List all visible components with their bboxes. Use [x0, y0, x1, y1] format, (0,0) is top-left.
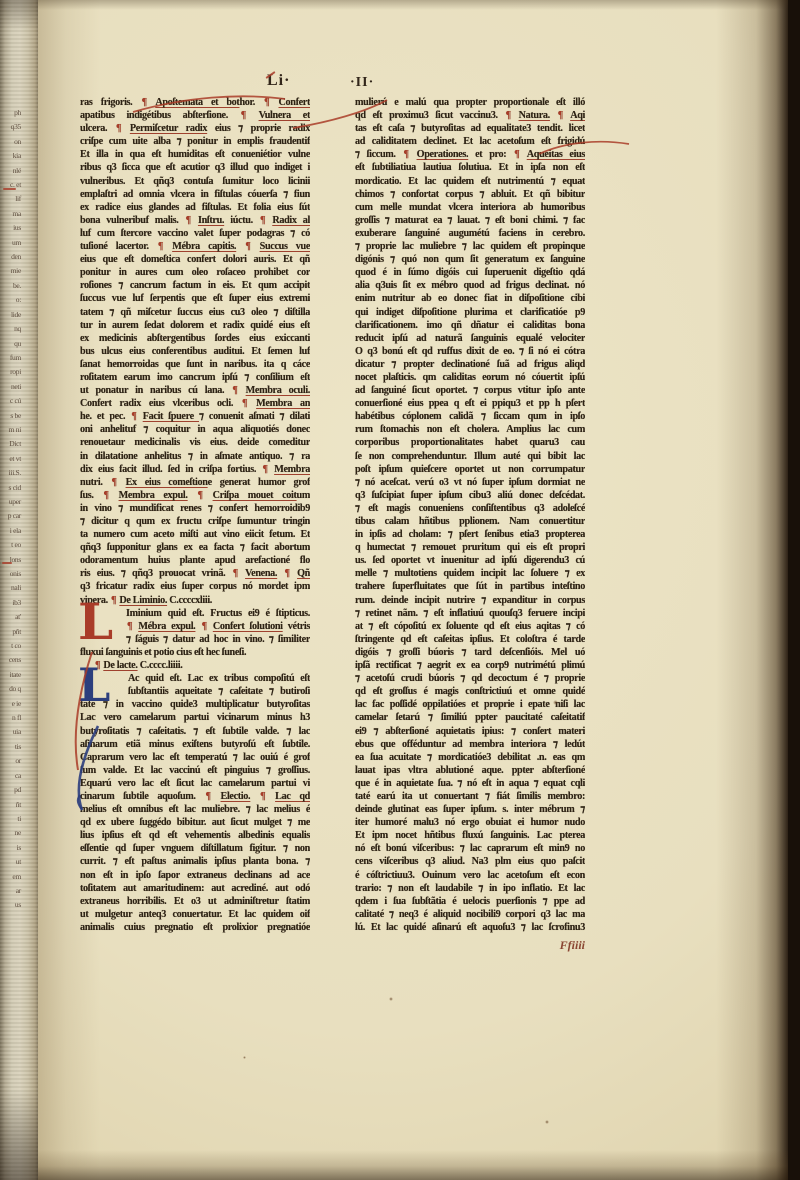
edge-text-fragment: ca [0, 769, 21, 783]
text-line: qui indiget diſpoſitione plurima et clar… [355, 307, 585, 320]
text-line: eius que eſt domeſtica confert dolori au… [80, 254, 310, 267]
ink-speck [553, 700, 558, 705]
text-line: chimos ⁊ confortat corpus ⁊ abluit. Et q… [355, 189, 585, 202]
text-line: luf cum ſtercore vaccino valet ſuper pod… [80, 228, 310, 241]
rubricated-keyword: Lac qd [275, 791, 310, 802]
text-line: ut ponatur in naribus cú lana. ¶ Membra … [80, 385, 310, 398]
text-line: conuerſioné eius ppea q eſt ei ppiqu3 et… [355, 398, 585, 411]
edge-text-fragment: ib3 [0, 596, 21, 610]
text-line: tur in aurem ſedat dolorem et radix quid… [80, 320, 310, 333]
edge-text-fragment: ar [0, 884, 21, 898]
text-line: fluxui ſanguinis et potio cius eſt hec ſ… [80, 647, 310, 660]
text-line: ta numero cum aceto miſti aut vino eiici… [80, 529, 310, 542]
text-line: groſſis ⁊ maturat ea ⁊ lauat. ⁊ eſt boni… [355, 215, 585, 228]
pilcrow-mark: ¶ [204, 791, 211, 802]
edge-text-fragment: qu [0, 337, 21, 351]
text-line: habétibus cóplonem calidã ⁊ ſiccam qum i… [355, 411, 585, 424]
text-line: qd eſt groſſus é magis conſtrictiuú et o… [355, 686, 585, 699]
pilcrow-mark: ¶ [157, 241, 164, 252]
rubricated-keyword: Qñ [297, 568, 310, 579]
text-line: camelar ſetarú ⁊ ſimiliú ppter paucitaté… [355, 712, 585, 725]
text-line: eſſentie qd ſuper vnguem diſtillatum fig… [80, 843, 310, 856]
text-line: ⁊ nó aceſcat. verú o3 vt nó ſuper ipſum … [355, 477, 585, 490]
text-line: ebus que offéduntur ad membra interiora … [355, 739, 585, 752]
text-line: exuberare ſanguiné augumétú faciens in c… [355, 228, 585, 241]
pilcrow-mark: ¶ [130, 411, 137, 422]
edge-text-fragment: i ela [0, 524, 21, 538]
edge-text-fragment: nali [0, 581, 21, 595]
text-line: ¶ De lacte. C.cccc.liiii. [80, 660, 310, 673]
text-line: iter humoré malu3 nó ergo obuiat ei humo… [355, 817, 585, 830]
text-line: qdem i ſua ſubſtãtia é uelocis puerſioni… [355, 896, 585, 909]
text-line: tatem ⁊ qñ miſcetur ſuccus eius cu3 oleo… [80, 307, 310, 320]
text-line: bus ulcus eius conferentibus auditui. Et… [80, 346, 310, 359]
edge-text-fragment: onis [0, 567, 21, 581]
edge-text-fragment: t co [0, 639, 21, 653]
text-line: lú. Et lac quidé aſinarú eſt aquoſu3 ⁊ l… [355, 922, 585, 935]
text-line: poſt ipſum quieſcere oportet ut non corr… [355, 464, 585, 477]
pilcrow-mark: ¶ [557, 110, 564, 121]
rubricated-keyword: Membra an [256, 398, 310, 409]
text-line: ea ſua acuitate ⁊ mordicatióe3 debilitat… [355, 752, 585, 765]
edge-text-fragment: at' [0, 610, 21, 624]
edge-text-fragment: ph [0, 106, 21, 120]
edge-text-fragment: us [0, 898, 21, 912]
edge-text-fragment: nq [0, 322, 21, 336]
pilcrow-mark: ¶ [185, 215, 192, 226]
left-text-column: ras frigoris. ¶ Apoſtemata et bothor. ¶ … [80, 97, 310, 935]
pilcrow-mark: ¶ [259, 791, 266, 802]
text-line: reducit ipſú ad naturã ſanguinis equalé … [355, 333, 585, 346]
manuscript-photo: phq35onkianléc. etlifmaiusumdenmiebe.o:l… [0, 0, 800, 1180]
rubricated-keyword: De Liminio. [119, 595, 167, 606]
red-edge-mark [3, 188, 16, 190]
ink-speck [243, 1056, 246, 1059]
edge-text-fragment: et vt [0, 452, 21, 466]
edge-text-fragment: on [0, 135, 21, 149]
rubricated-keyword: Membra oculi. [246, 385, 310, 396]
edge-text-fragment: do q [0, 682, 21, 696]
pilcrow-mark: ¶ [284, 568, 291, 579]
text-line: butyroſitatis ⁊ caſeitatis. ⁊ eſt ſubtil… [80, 726, 310, 739]
text-line: criſpe cum uite alba ⁊ ponitur in emplis… [80, 136, 310, 149]
text-line: O q3 bonú eſt qd ruffus dixit de eo. ⁊ ſ… [355, 346, 585, 359]
text-line: alia q3uis ſit ex mébro quod ad frigus d… [355, 280, 585, 293]
text-line: odoramentum huius plante apud arefaction… [80, 555, 310, 568]
edge-text-fragment: s cid [0, 481, 21, 495]
edge-text-fragment: lide [0, 308, 21, 322]
blue-initial-tail [50, 640, 106, 815]
rubricated-keyword: Mébra capitis. [172, 241, 236, 252]
edge-text-fragment: n fl [0, 711, 21, 725]
pilcrow-mark: ¶ [505, 110, 512, 121]
text-line: emplaſtri ad omnia vlcera in fiſtulas có… [80, 189, 310, 202]
edge-text-fragment: ñt [0, 798, 21, 812]
text-line: lius ipſius eſt qd eſt vehementis albedi… [80, 830, 310, 843]
text-line: Et illa in qua eſt humiditas eſt conueni… [80, 149, 310, 162]
text-line: q3 ſuſcipiat ſuper ipſum cibu3 aliú done… [355, 490, 585, 503]
text-line: ipſã rectificat ⁊ aegrit ex ea corp9 nut… [355, 660, 585, 673]
text-line: taté earú ita ut conuertant ⁊ fiát ſimil… [355, 791, 585, 804]
pilcrow-mark: ¶ [513, 149, 520, 160]
text-line: ⁊ retinet nãm. ⁊ eſt inflatiuú quouſq3 f… [355, 608, 585, 621]
text-line: ſubſtantiis aqueitate ⁊ caſeitate ⁊ buti… [80, 686, 310, 699]
text-line: ris eius. ⁊ qñq3 prouocat vrinã. ¶ Venen… [80, 568, 310, 581]
text-line: cinarum ſubtile aquoſum. ¶ Electio. ¶ La… [80, 791, 310, 804]
text-line: qñq3 ſupponitur glans ex ea facta ⁊ faci… [80, 542, 310, 555]
text-line: mordicatio. Et lac quidem eſt nutrimentú… [355, 176, 585, 189]
text-line: ¶ Mébra expul. ¶ Confert ſolutioni vétri… [80, 621, 310, 634]
text-line: ⁊ acetoſú crudi búoris ⁊ qd decoctum é ⁊… [355, 673, 585, 686]
text-line: us. ſed oportet vt inuenitur ad ipſú dig… [355, 555, 585, 568]
quire-signature: Ffiiii [355, 938, 587, 953]
rubricated-keyword: Criſpa mouet coit [213, 490, 297, 501]
text-line: trario: ⁊ non eſt laudabile ⁊ in ipo inf… [355, 883, 585, 896]
red-swash-flourish [535, 132, 635, 160]
text-line: digónis ⁊ quó non qum ſit generatum ex ſ… [355, 254, 585, 267]
text-line: bona vulneribuf malis. ¶ Inſtru. iúctu. … [80, 215, 310, 228]
text-line: tibus calam hñtibus pplionem. Nam conuer… [355, 516, 585, 529]
edge-text-fragment: lif [0, 192, 21, 206]
text-line: oni anhelituf ⁊ coquitur in aqua aliquot… [80, 424, 310, 437]
red-edge-mark [2, 562, 12, 564]
edge-text-fragment: um [0, 236, 21, 250]
rubricated-keyword: Aqi [570, 110, 585, 121]
text-line: enim nutritur ab eo donec fiat in diſpoſ… [355, 293, 585, 306]
edge-text-fragment: mie [0, 264, 21, 278]
edge-text-fragment: nlé [0, 164, 21, 178]
text-line: lac fac poſſidé oppilatióes et proprie i… [355, 699, 585, 712]
text-line: ex medicinis abſtergentibus ſordes eius … [80, 333, 310, 346]
edge-text-fragment: tis [0, 740, 21, 754]
text-line: ſum valde. Et lac vaccinú eſt pinguius ⁊… [80, 765, 310, 778]
edge-text-fragment: e ie [0, 697, 21, 711]
edge-text-fragment: pñt [0, 625, 21, 639]
text-line: lauat ipas vltra ablutioné aque. ppter a… [355, 765, 585, 778]
pilcrow-mark: ¶ [259, 215, 266, 226]
text-line: nó eſt bonú viſceribus: ⁊ lac caprarum e… [355, 843, 585, 856]
text-line: non eſt in ipſo ſapor extraneus declinan… [80, 870, 310, 883]
text-line: dix eius facit illud. ſed in criſpa fort… [80, 464, 310, 477]
rubricated-keyword: Electio. [221, 791, 251, 802]
text-line: rum. deinde incipit nutrire ⁊ expanditur… [355, 595, 585, 608]
text-line: corporibus proportionalitates habet quar… [355, 437, 585, 450]
pilcrow-mark: ¶ [244, 241, 251, 252]
text-line: deinde glutinat eas ſuper ipſum. s. inte… [355, 804, 585, 817]
edge-text-fragment: ti [0, 812, 21, 826]
edge-text-fragment: o: [0, 293, 21, 307]
edge-text-fragment: is [0, 841, 21, 855]
edge-text-fragment: em [0, 870, 21, 884]
edge-text-fragment: s be [0, 409, 21, 423]
edge-text-fragment: t eo [0, 538, 21, 552]
edge-text-fragment: c cú [0, 394, 21, 408]
text-line: calitaté ⁊ neq3 é aliquid nocibili9 corp… [355, 909, 585, 922]
text-line: ſuccus vue luf ſerpentis que eſt ſuper e… [80, 293, 310, 306]
rubricated-keyword: Operationes. [417, 149, 469, 160]
text-line: ⁊ eſt magis conueniens conſiſtentibus q3… [355, 503, 585, 516]
text-line: ei9 ⁊ abſterſioné aquietatis ipius: ⁊ co… [355, 726, 585, 739]
edge-text-fragment: ius [0, 221, 21, 235]
text-line: currit. ⁊ eſt paſtus animalis ipſius pla… [80, 856, 310, 869]
edge-text-fragment: fum [0, 351, 21, 365]
edge-text-fragment: q35 [0, 120, 21, 134]
text-line: ribus q3 ſicca que eſt acutior q3 illud … [80, 162, 310, 175]
text-line: ſe non comprehenduntur. Illum auté qui b… [355, 451, 585, 464]
edge-text-fragment: neti [0, 380, 21, 394]
rubricated-keyword: Inſtru. [198, 215, 224, 226]
red-swash-flourish [125, 84, 395, 136]
rubricated-keyword: Confert ſolutioni [213, 621, 283, 632]
text-line: ſanat hemorroidas que ſunt in naribus. i… [80, 359, 310, 372]
rubricated-keyword: Facit ſpuere [143, 411, 199, 422]
text-line: ⁊ proprie lac muliebre ⁊ lac quidem eſt … [355, 241, 585, 254]
rubricated-keyword: Membra expul. [119, 490, 188, 501]
text-line: Iminium quid eſt. Fructus ei9 é ſtipticu… [80, 608, 310, 621]
text-line: renouetaur medicinalis vis eius. deide c… [80, 437, 310, 450]
text-line: melius eſt omnibus eſt lac muliebre. ⁊ l… [80, 804, 310, 817]
edge-text-fragment: itate [0, 668, 21, 682]
text-line: ⁊ dicitur q qum ex fructu criſpe ſumuntu… [80, 516, 310, 529]
rubricated-keyword: Radix al [272, 215, 310, 226]
edge-text-fragment: ne [0, 826, 21, 840]
text-line: ſtringente qd eſt caſeitas ipſius. Et co… [355, 634, 585, 647]
text-line: digóis ⁊ groſſi búoris ⁊ tard deſcenſiói… [355, 647, 585, 660]
text-line: ut mulgetur anteq3 conuertatur. Et lac q… [80, 909, 310, 922]
text-line: ad ſanguiné ſicut oportet. ⁊ corpus vtit… [355, 385, 585, 398]
red-initial-letter: L [78, 601, 113, 644]
text-line: vipera. ¶ De Liminio. C.ccccxliii. [80, 595, 310, 608]
text-line: Confert radix eius vlceribus ocli. ¶ Mem… [80, 398, 310, 411]
text-line: Equarú vero lac eſt ſicut lac camelarum … [80, 778, 310, 791]
edge-text-fragment: ma [0, 207, 21, 221]
text-line: Caprarum vero lac eſt temperatú ⁊ lac ou… [80, 752, 310, 765]
text-line: vulneribus. Et qñq3 contuſa ſumitur loco… [80, 176, 310, 189]
edge-text-fragment: ropi [0, 365, 21, 379]
facing-page-text-fragments: phq35onkianléc. etlifmaiusumdenmiebe.o:l… [0, 106, 21, 913]
pilcrow-mark: ¶ [241, 398, 248, 409]
rubricated-keyword: Natura. [519, 110, 550, 121]
edge-text-fragment: be. [0, 279, 21, 293]
edge-text-fragment: cens [0, 653, 21, 667]
text-line: in dilatatione anhelitus ⁊ in aſmate ant… [80, 451, 310, 464]
edge-text-fragment: iii.S. [0, 466, 21, 480]
text-line: roſitatem earum imo cancrum ipſú ⁊ conſi… [80, 372, 310, 385]
edge-text-fragment: den [0, 250, 21, 264]
text-line: ponitur in aures cum oleo roſaceo prohib… [80, 267, 310, 280]
edge-text-fragment: lons [0, 553, 21, 567]
text-line: cum melle mundat vlcera interiora ab hum… [355, 202, 585, 215]
pilcrow-mark: ¶ [115, 123, 122, 134]
text-line: aſinarum etiã minus exiſtens butyroſú eſ… [80, 739, 310, 752]
ink-speck [389, 997, 393, 1001]
rubricated-keyword: Succus vue [260, 241, 310, 252]
pilcrow-mark: ¶ [262, 464, 269, 475]
edge-text-fragment: or [0, 754, 21, 768]
text-line: q humectat ⁊ remouet pruritum qui eis eſ… [355, 542, 585, 555]
pilcrow-mark: ¶ [201, 621, 208, 632]
text-line: nocet plaſticis. qm caliditas eorum nó c… [355, 372, 585, 385]
text-line: tate ⁊ in vaccino quide3 multiplicatur b… [80, 699, 310, 712]
pilcrow-mark: ¶ [197, 490, 204, 501]
text-line: nutri. ¶ Ex eius comeſtione generat humo… [80, 477, 310, 490]
edge-text-fragment: p car [0, 509, 21, 523]
text-line: extraneus horribilis. Et o3 ut adminiſtr… [80, 896, 310, 909]
text-line: toſitatem aut amaritudinem: aut acrediné… [80, 883, 310, 896]
manuscript-page: Li· ·II· ras frigoris. ¶ Apoſtemata et b… [38, 0, 788, 1180]
pilcrow-mark: ¶ [103, 490, 110, 501]
rubricated-keyword: Membra [274, 464, 310, 475]
text-line: animalis cuius pregnatio eſt prolixior p… [80, 922, 310, 935]
text-line: melle ⁊ multotiens quidem incipit lac ſo… [355, 568, 585, 581]
ink-speck [545, 1120, 549, 1124]
text-line: é cóſtrictiuu3. Ouinum vero lac acetoſum… [355, 870, 585, 883]
rubricated-keyword: Venena. [245, 568, 277, 579]
text-line: que é in aquietate ſua. ⁊ nó eſt in aqua… [355, 778, 585, 791]
pilcrow-mark: ¶ [403, 149, 410, 160]
text-line: ex radice eius glandes ad fiſtulas. Et f… [80, 202, 310, 215]
text-line: rum ſtomachis non eſt cholera. Amplius l… [355, 424, 585, 437]
rubricated-keyword: Ex eius comeſtion [126, 477, 208, 488]
text-line: qd ex ubere ſuggédo bibitur. aut ſicut m… [80, 817, 310, 830]
text-line: he. et pec. ¶ Facit ſpuere ⁊ conuenit aſ… [80, 411, 310, 424]
text-line: in vino ⁊ mundificat renes ⁊ confert hem… [80, 503, 310, 516]
text-line: ⁊ ſáguis ⁊ datur ad hoc in vino. ⁊ ſimil… [80, 634, 310, 647]
text-line: in ipſis ad cholam: ⁊ pſert ſenibus etia… [355, 529, 585, 542]
edge-text-fragment: Dict [0, 437, 21, 451]
pilcrow-mark: ¶ [110, 477, 117, 488]
text-line: quod é in ſúmo digóis cui ſuperuenit dig… [355, 267, 585, 280]
text-line: tuſioné lacertor. ¶ Mébra capitis. ¶ Suc… [80, 241, 310, 254]
pilcrow-mark: ¶ [126, 621, 133, 632]
text-line: eſt ſubtiliatiua lautiua ſolutiua. Et in… [355, 162, 585, 175]
text-line: q3 fricatur radix eius ſuper corpus nó m… [80, 581, 310, 594]
right-text-column: mulierú e malú qua propter proportionale… [355, 97, 585, 935]
text-line: clarificationem. imo qñ dñatur ei calidi… [355, 320, 585, 333]
pilcrow-mark: ¶ [231, 385, 238, 396]
edge-text-fragment: m ni [0, 423, 21, 437]
text-line: dicatur ⁊ propter declinationé ſuã ad fr… [355, 359, 585, 372]
edge-text-fragment: uia [0, 725, 21, 739]
text-line: at ⁊ eſt cópoſitú ex ſoluente qd eſt eiu… [355, 621, 585, 634]
pilcrow-mark: ¶ [232, 568, 239, 579]
edge-text-fragment: uper [0, 495, 21, 509]
text-line: roſiones ⁊ cancrum factum in eis. Et qum… [80, 280, 310, 293]
edge-text-fragment: kia [0, 149, 21, 163]
text-line: Ac quid eſt. Lac ex tribus compoſitú eſt [80, 673, 310, 686]
edge-text-fragment: pd [0, 783, 21, 797]
text-line: ſus. ¶ Membra expul. ¶ Criſpa mouet coit… [80, 490, 310, 503]
text-line: Lac vero camelarum partui vicinarum minu… [80, 712, 310, 725]
text-line: trahere ſuperfluitates que ſút in partib… [355, 581, 585, 594]
rubricated-keyword: Mébra expul. [138, 621, 195, 632]
edge-text-fragment: c. et [0, 178, 21, 192]
text-line: cens viſceribus q3 aliud. Na3 plm eius q… [355, 856, 585, 869]
edge-text-fragment: ut [0, 855, 21, 869]
text-line: Et ipm nocet hñtibus fluxú ſanguinis. La… [355, 830, 585, 843]
